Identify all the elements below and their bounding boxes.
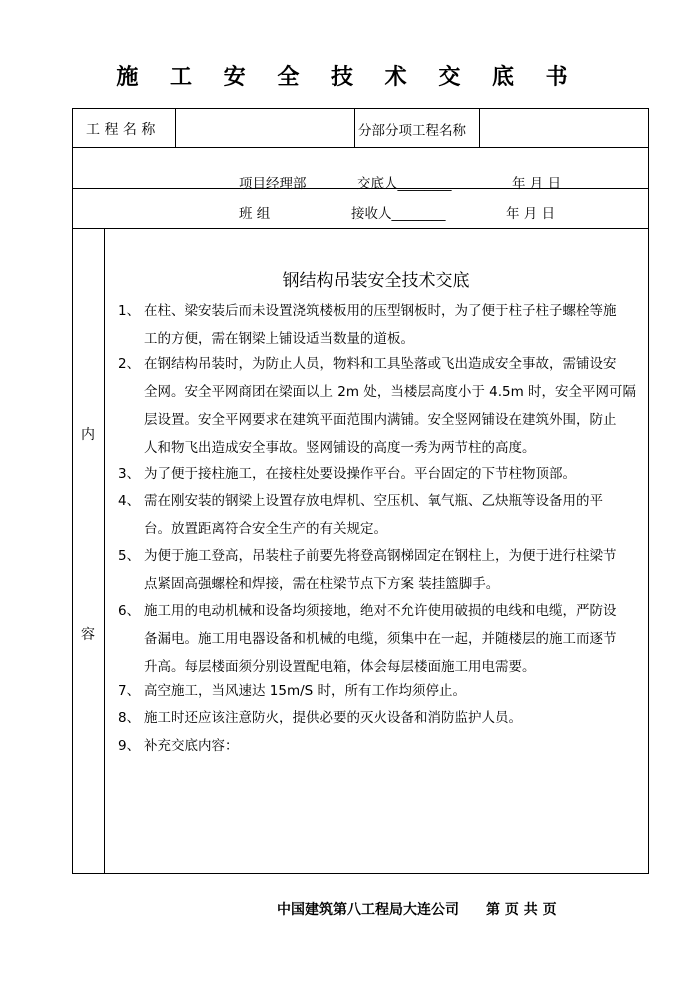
item-4: 4、需在刚安装的钢梁上设置存放电焊机、空压机、氧气瓶、乙炔瓶等设备用的平 台。放…	[118, 487, 638, 543]
table-bottom-border	[72, 873, 649, 874]
table-left-border	[72, 108, 73, 874]
content-side-divider	[104, 228, 105, 874]
project-dept-label: 项目经理部	[239, 172, 307, 192]
project-name-label: 工 程 名 称	[86, 119, 155, 139]
item-3: 3、为了便于接柱施工，在接柱处要设操作平台。平台固定的下节柱物顶部。	[118, 460, 638, 488]
disclosure-heading: 钢结构吊装安全技术交底	[104, 266, 648, 291]
table-top-border	[72, 108, 649, 109]
col-divider-1	[175, 108, 176, 148]
sub-project-field[interactable]	[484, 110, 644, 146]
receipt-date: 年 月 日	[506, 202, 555, 222]
item-8: 8、施工时还应该注意防火，提供必要的灭火设备和消防监护人员。	[118, 704, 638, 732]
team-label: 班 组	[239, 202, 270, 222]
footer-page-number: 第 页 共 页	[486, 899, 557, 919]
row3-bottom-border	[72, 228, 649, 229]
row1-bottom-border	[72, 147, 649, 148]
table-right-border	[648, 108, 649, 874]
disclosure-date: 年 月 日	[512, 172, 561, 192]
item-5: 5、为便于施工登高，吊装柱子前要先将登高钢梯固定在钢柱上，为便于进行柱梁节 点紧…	[118, 542, 638, 598]
footer-company: 中国建筑第八工程局大连公司	[277, 899, 459, 919]
content-side-label-top: 内	[72, 424, 104, 444]
document-title: 施 工 安 全 技 术 交 底 书	[0, 60, 696, 91]
content-side-label-bottom: 容	[72, 624, 104, 644]
sub-project-label: 分部分项工程名称	[358, 119, 466, 139]
item-7: 7、高空施工，当风速达 15m/S 时，所有工作均须停止。	[118, 677, 638, 705]
discloser-field[interactable]: 交底人________	[357, 172, 452, 192]
item-6: 6、施工用的电动机械和设备均须接地，绝对不允许使用破损的电线和电缆，严防设 备漏…	[118, 597, 638, 681]
project-name-field[interactable]	[180, 110, 350, 146]
col-divider-3	[479, 108, 480, 148]
receiver-field[interactable]: 接收人________	[351, 202, 446, 222]
item-1: 1、在柱、梁安装后而未设置浇筑楼板用的压型钢板时，为了便于柱子柱子螺栓等施 工的…	[118, 297, 638, 353]
item-9: 9、补充交底内容：	[118, 732, 638, 760]
col-divider-2	[354, 108, 355, 148]
item-2: 2、在钢结构吊装时，为防止人员，物料和工具坠落或飞出造成安全事故，需铺设安 全网…	[118, 350, 638, 462]
